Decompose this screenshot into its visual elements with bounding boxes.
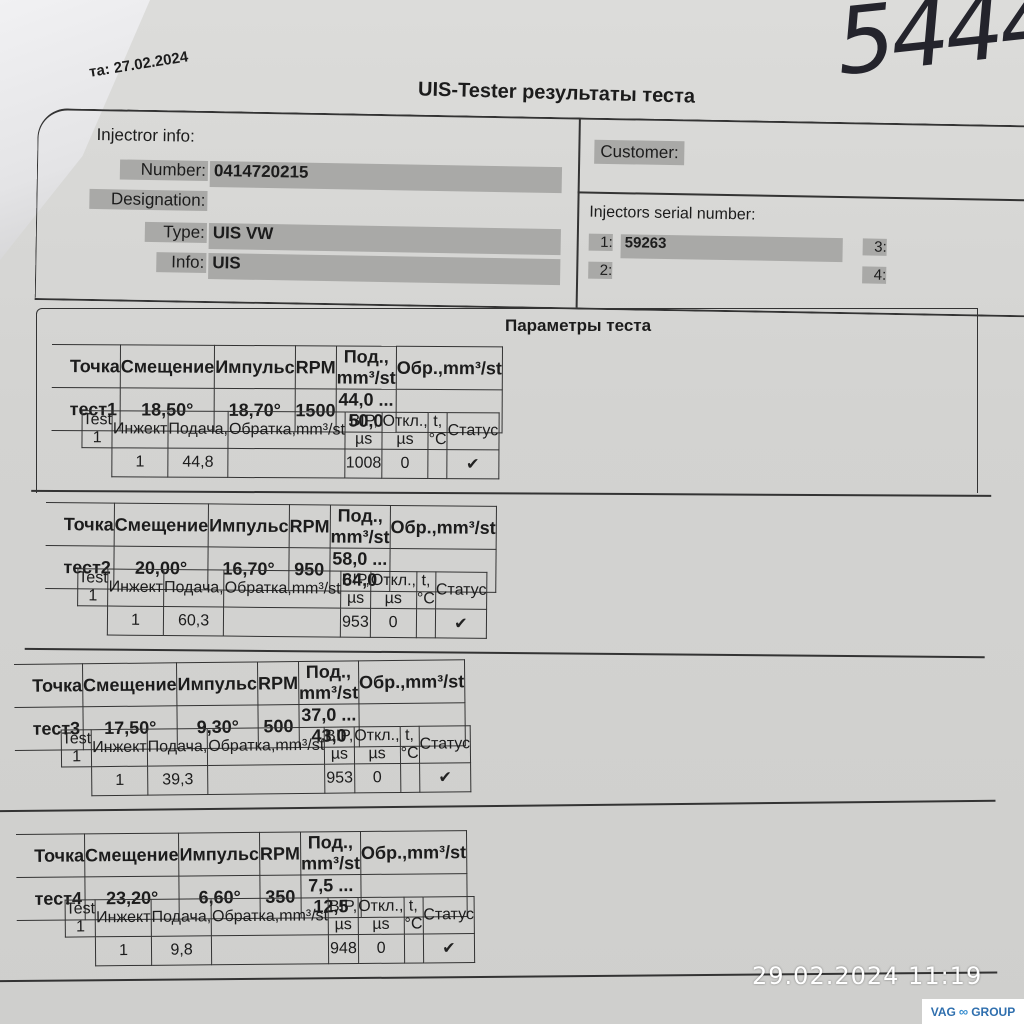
- result-spacer: [62, 767, 93, 796]
- result-value: 1: [112, 448, 168, 477]
- result-value: 9,8: [151, 936, 212, 966]
- result-value: 44,8: [168, 448, 229, 477]
- param-header: Под., mm³/st: [298, 661, 358, 705]
- serial-3-label: 3:: [863, 238, 887, 255]
- customer-divider: [578, 191, 1024, 201]
- param-header: Точка: [52, 345, 121, 388]
- result-header: Статус: [423, 897, 475, 934]
- result-value: [428, 449, 447, 478]
- result-header: Обратка,mm³/st: [211, 898, 328, 936]
- result-value: 948: [329, 935, 358, 964]
- result-value: 0: [358, 934, 404, 963]
- result-value: 1: [96, 936, 152, 965]
- test-result-table: Test 1ИнжектПодача,Обратка,mm³/stBIP, µs…: [65, 896, 476, 967]
- param-header: RPM: [257, 662, 298, 705]
- result-header: Подача,: [163, 570, 224, 608]
- param-header: Обр.,mm³/st: [358, 660, 465, 704]
- param-header: Обр.,mm³/st: [360, 831, 467, 875]
- injector-info-box: Injectror info: Number: 0414720215 Desig…: [35, 108, 1024, 317]
- watermark-left: VAG: [931, 1005, 956, 1019]
- param-header: Импульс: [215, 345, 296, 388]
- test-result-table: Test 1ИнжектПодача,Обратка,mm³/stBIP, µs…: [77, 568, 488, 639]
- result-header: Откл., µs: [370, 571, 417, 608]
- result-header: Test 1: [61, 730, 92, 767]
- test-result-table: Test 1ИнжектПодача,Обратка,mm³/stBIP, µs…: [61, 725, 472, 796]
- param-header: Под., mm³/st: [336, 346, 396, 389]
- result-header: Подача,: [147, 728, 208, 766]
- param-header: Точка: [14, 664, 83, 708]
- result-header: Статус: [435, 572, 487, 609]
- result-value: 953: [341, 608, 370, 637]
- serial-1-field: 59263: [620, 234, 842, 262]
- result-header: Test 1: [65, 900, 96, 937]
- serial-1-label: 1:: [589, 234, 613, 251]
- result-header: Инжект: [92, 729, 148, 767]
- result-header: BIP, µs: [341, 571, 370, 608]
- designation-label: Designation:: [89, 189, 207, 211]
- watermark-logo-icon: ∞: [959, 1004, 968, 1019]
- result-value: 953: [325, 764, 354, 793]
- result-value: [208, 764, 325, 794]
- result-value: [400, 763, 419, 792]
- result-header: Инжект: [112, 411, 168, 448]
- info-divider: [576, 119, 581, 307]
- serial-4-label: 4:: [862, 266, 886, 283]
- result-header: BIP, µs: [325, 727, 355, 764]
- param-header: Смещение: [114, 503, 209, 547]
- status-check-icon: ✔: [419, 763, 471, 793]
- photo-timestamp: 29.02.2024 11:19: [752, 962, 982, 990]
- result-header: Test 1: [78, 569, 109, 606]
- result-value: 1: [108, 606, 164, 635]
- result-value: [416, 609, 435, 638]
- result-value: 1: [92, 766, 148, 796]
- param-header: RPM: [289, 505, 330, 548]
- info-label: Info:: [156, 252, 206, 273]
- result-value: [212, 935, 329, 965]
- result-value: [228, 448, 345, 478]
- result-header: Статус: [419, 726, 471, 764]
- watermark: VAG ∞ GROUP: [922, 999, 1024, 1024]
- result-value: 0: [382, 449, 428, 478]
- param-header: Импульс: [177, 662, 258, 706]
- number-label: Number:: [120, 159, 208, 181]
- param-header: Смещение: [82, 663, 177, 707]
- injector-info-heading: Injectror info:: [96, 125, 195, 147]
- param-header: Импульс: [208, 504, 289, 548]
- result-value: [224, 607, 341, 637]
- info-field: UIS: [208, 253, 560, 285]
- param-header: Под., mm³/st: [300, 831, 360, 875]
- result-value: 39,3: [147, 765, 208, 795]
- result-header: t,°C: [404, 897, 423, 934]
- result-header: t,°C: [416, 572, 435, 609]
- result-header: BIP, µs: [328, 898, 357, 935]
- result-header: Подача,: [168, 411, 229, 448]
- result-header: t,°C: [400, 726, 419, 763]
- customer-label: Customer:: [594, 140, 685, 166]
- result-value: 0: [370, 608, 416, 637]
- result-header: Откл., µs: [358, 897, 405, 934]
- param-header: Точка: [16, 834, 85, 878]
- param-header: Под., mm³/st: [330, 505, 390, 549]
- result-header: Подача,: [151, 899, 212, 937]
- result-header: t,°C: [428, 412, 447, 449]
- result-header: Статус: [447, 413, 499, 450]
- result-header: Обратка,mm³/st: [224, 570, 341, 608]
- param-header: Смещение: [84, 833, 179, 877]
- serial-2-label: 2:: [588, 262, 612, 279]
- param-header: Обр.,mm³/st: [396, 346, 502, 390]
- watermark-right: GROUP: [971, 1005, 1015, 1019]
- result-value: 1008: [345, 449, 382, 478]
- status-check-icon: ✔: [423, 934, 475, 963]
- result-spacer: [82, 448, 112, 477]
- test-result-table: Test 1ИнжектПодача,Обратка,mm³/stBIP, µs…: [81, 410, 499, 479]
- result-header: Test 1: [82, 411, 113, 448]
- status-check-icon: ✔: [435, 609, 487, 638]
- status-check-icon: ✔: [447, 450, 499, 479]
- result-spacer: [65, 937, 96, 966]
- param-header: Смещение: [120, 345, 215, 388]
- param-header: Обр.,mm³/st: [390, 506, 497, 550]
- serials-heading: Injectors serial number:: [589, 204, 756, 225]
- param-header: Точка: [46, 502, 115, 546]
- result-header: Откл., µs: [354, 726, 401, 763]
- result-header: BIP, µs: [345, 412, 382, 449]
- param-header: RPM: [295, 346, 336, 389]
- result-value: 60,3: [163, 607, 224, 637]
- result-value: [404, 934, 423, 963]
- param-header: Импульс: [179, 832, 260, 876]
- result-spacer: [77, 606, 108, 635]
- type-field: UIS VW: [209, 223, 561, 255]
- designation-field: [209, 191, 561, 221]
- params-title: Параметры теста: [505, 316, 651, 336]
- param-header: RPM: [259, 832, 300, 875]
- number-field: 0414720215: [210, 161, 562, 193]
- result-header: Инжект: [108, 569, 164, 606]
- result-header: Обратка,mm³/st: [228, 411, 345, 449]
- result-header: Инжект: [95, 899, 151, 936]
- result-header: Откл., µs: [382, 412, 428, 449]
- type-label: Type:: [145, 222, 207, 243]
- result-header: Обратка,mm³/st: [208, 727, 325, 765]
- result-value: 0: [354, 763, 400, 792]
